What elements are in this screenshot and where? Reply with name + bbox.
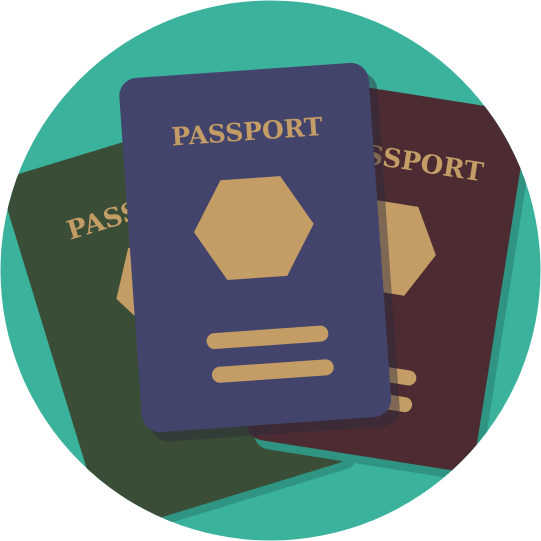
illustration-canvas: PASSPORT PASSPORT PASSPORT	[0, 0, 541, 541]
passport-illustration: PASSPORT PASSPORT PASSPORT	[0, 0, 541, 541]
blue-passport: PASSPORT	[118, 61, 401, 443]
